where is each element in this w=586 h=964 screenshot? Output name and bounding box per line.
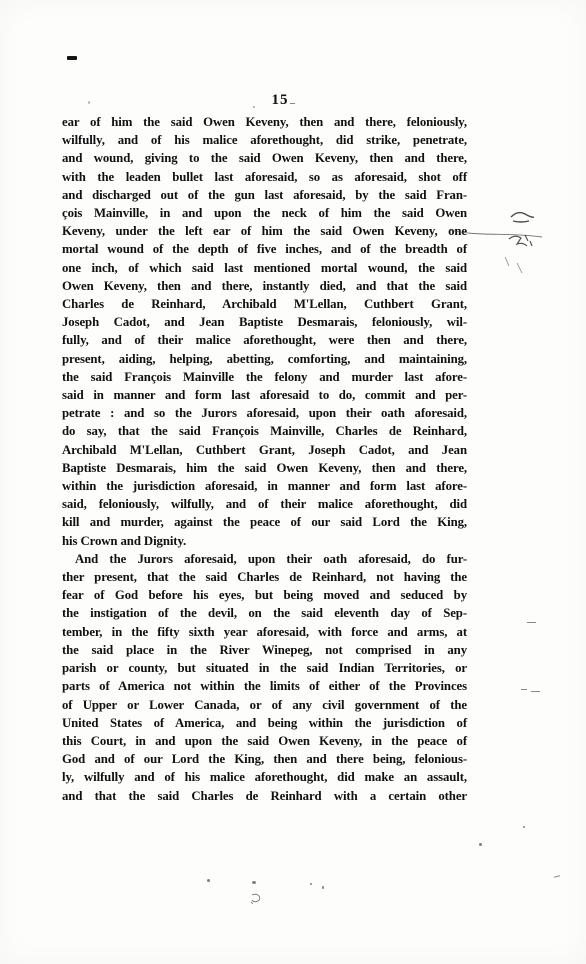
speck <box>88 101 90 104</box>
speck <box>322 886 324 889</box>
text-line: and discharged out of the gun last afore… <box>62 186 467 204</box>
text-line: with the leaden bullet last aforesaid, s… <box>62 168 467 186</box>
text-line: one inch, of which said last mentioned m… <box>62 259 467 277</box>
ink-dash-mark <box>67 56 77 60</box>
scanned-book-page: 15 ear of him the said Owen Keveny, then… <box>0 0 586 964</box>
text-line: said in manner and form last aforesaid t… <box>62 386 467 404</box>
text-line: present, aiding, helping, abetting, comf… <box>62 350 467 368</box>
text-line: parish or county, but situated in the sa… <box>62 659 467 677</box>
text-line: do say, that the said François Mainville… <box>62 422 467 440</box>
text-line: petrate : and so the Jurors aforesaid, u… <box>62 404 467 422</box>
text-line: United States of America, and being with… <box>62 714 467 732</box>
text-line: tember, in the fifty sixth year aforesai… <box>62 623 467 641</box>
text-line: Joseph Cadot, and Jean Baptiste Desmarai… <box>62 313 467 331</box>
text-line: God and of our Lord the King, then and t… <box>62 750 467 768</box>
text-line: said, feloniously, wilfully, and of thei… <box>62 495 467 513</box>
margin-dash <box>527 622 536 623</box>
text-line: the instigation of the devil, on the sai… <box>62 604 467 622</box>
text-line: Keveny, under the left ear of him the sa… <box>62 222 467 240</box>
text-line: parts of America not within the limits o… <box>62 677 467 695</box>
text-line: his Crown and Dignity. <box>62 532 467 550</box>
pencil-mark <box>249 893 263 905</box>
speck <box>479 843 482 846</box>
text-line: Owen Keveny, then and there, instantly d… <box>62 277 467 295</box>
text-block: ear of him the said Owen Keveny, then an… <box>62 113 467 805</box>
text-line: ly, wilfully and of his malice aforethou… <box>62 768 467 786</box>
pencil-mark <box>503 205 548 275</box>
text-line: Archibald M'Lellan, Cuthbert Grant, Jose… <box>62 441 467 459</box>
text-line: of Upper or Lower Canada, or of any civi… <box>62 696 467 714</box>
text-line: mortal wound of the depth of five inches… <box>62 240 467 258</box>
page-number: 15 <box>250 92 310 109</box>
text-line: the said place in the River Winepeg, not… <box>62 641 467 659</box>
text-line: Baptiste Desmarais, him the said Owen Ke… <box>62 459 467 477</box>
margin-dash <box>554 875 560 878</box>
speck <box>310 883 312 885</box>
text-line: Charles de Reinhard, Archibald M'Lellan,… <box>62 295 467 313</box>
speck <box>252 881 256 884</box>
paragraph-jurors-further-present: And the Jurors aforesaid, upon their oat… <box>62 550 467 805</box>
text-line: wilfully, and of his malice aforethought… <box>62 131 467 149</box>
text-line: ther present, that the said Charles de R… <box>62 568 467 586</box>
speck <box>207 879 210 882</box>
text-line: çois Mainville, in and upon the neck of … <box>62 204 467 222</box>
text-line: and wound, giving to the said Owen Keven… <box>62 149 467 167</box>
text-line: kill and murder, against the peace of ou… <box>62 513 467 531</box>
text-line: and that the said Charles de Reinhard wi… <box>62 787 467 805</box>
text-line: And the Jurors aforesaid, upon their oat… <box>62 550 467 568</box>
text-line: the said François Mainville the felony a… <box>62 368 467 386</box>
speck <box>523 826 525 828</box>
text-line: ear of him the said Owen Keveny, then an… <box>62 113 467 131</box>
text-line: this Court, in and upon the said Owen Ke… <box>62 732 467 750</box>
margin-dash <box>531 691 540 692</box>
text-line: within the jurisdiction aforesaid, in ma… <box>62 477 467 495</box>
text-line: fully, and of their malice aforethought,… <box>62 331 467 349</box>
paragraph-indictment-mainville: ear of him the said Owen Keveny, then an… <box>62 113 467 550</box>
text-line: fear of God before his eyes, but being m… <box>62 586 467 604</box>
margin-dash <box>521 689 527 690</box>
